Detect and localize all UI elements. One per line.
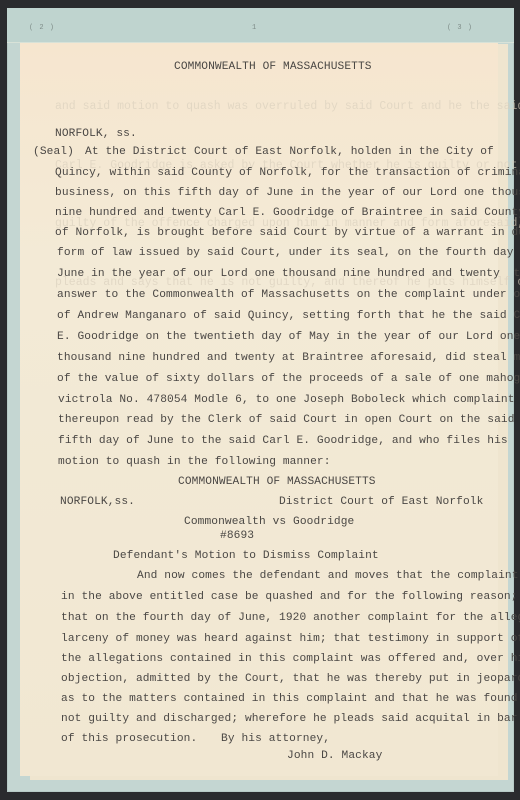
body-line: E. Goodridge on the twentieth day of May… xyxy=(57,331,520,343)
motion-line: as to the matters contained in this comp… xyxy=(61,693,518,705)
motion-line: And now comes the defendant and moves th… xyxy=(137,570,519,582)
signature-intro: By his attorney, xyxy=(221,733,330,745)
signature-name: John D. Mackay xyxy=(287,750,382,762)
venue-norfolk-2: NORFOLK,ss. xyxy=(60,496,135,508)
body-line: At the District Court of East Norfolk, h… xyxy=(85,146,494,158)
body-line: victrola No. 478054 Modle 6, to one Jose… xyxy=(58,394,520,406)
body-line: business, on this fifth day of June in t… xyxy=(55,187,520,199)
body-line: of Andrew Manganaro of said Quincy, sett… xyxy=(57,310,520,322)
motion-line: of this prosecution. xyxy=(61,733,197,745)
body-line: thereupon read by the Clerk of said Cour… xyxy=(58,414,515,426)
document-text: COMMONWEALTH OF MASSACHUSETTS NORFOLK, s… xyxy=(0,0,520,800)
body-line: answer to the Commonwealth of Massachuse… xyxy=(57,289,520,301)
motion-line: objection, admitted by the Court, that h… xyxy=(61,673,520,685)
seal-label: (Seal) xyxy=(33,146,74,158)
body-line: form of law issued by said Court, under … xyxy=(57,247,520,259)
body-line: of Norfolk, is brought before said Court… xyxy=(55,227,520,239)
motion-line: that on the fourth day of June, 1920 ano… xyxy=(61,612,520,624)
motion-title: Defendant's Motion to Dismiss Complaint xyxy=(113,550,379,562)
body-line: Quincy, within said County of Norfolk, f… xyxy=(55,167,520,179)
motion-line: not guilty and discharged; wherefore he … xyxy=(61,713,518,725)
court-name: District Court of East Norfolk xyxy=(279,496,483,508)
body-line: fifth day of June to the said Carl E. Go… xyxy=(58,435,508,447)
case-title: Commonwealth vs Goodridge xyxy=(184,516,354,528)
motion-line: larceny of money was heard against him; … xyxy=(61,633,520,645)
body-line: nine hundred and twenty Carl E. Goodridg… xyxy=(55,207,520,219)
venue-norfolk: NORFOLK, ss. xyxy=(55,128,137,140)
body-line: motion to quash in the following manner: xyxy=(58,456,331,468)
case-number: #8693 xyxy=(220,530,254,542)
body-line: thousand nine hundred and twenty at Brai… xyxy=(57,352,520,364)
motion-line: the allegations contained in this compla… xyxy=(61,653,520,665)
motion-line: in the above entitled case be quashed an… xyxy=(61,591,518,603)
heading-commonwealth: COMMONWEALTH OF MASSACHUSETTS xyxy=(174,61,372,73)
body-line: June in the year of our Lord one thousan… xyxy=(57,268,520,280)
body-line: of the value of sixty dollars of the pro… xyxy=(57,373,520,385)
heading-commonwealth-2: COMMONWEALTH OF MASSACHUSETTS xyxy=(178,476,376,488)
